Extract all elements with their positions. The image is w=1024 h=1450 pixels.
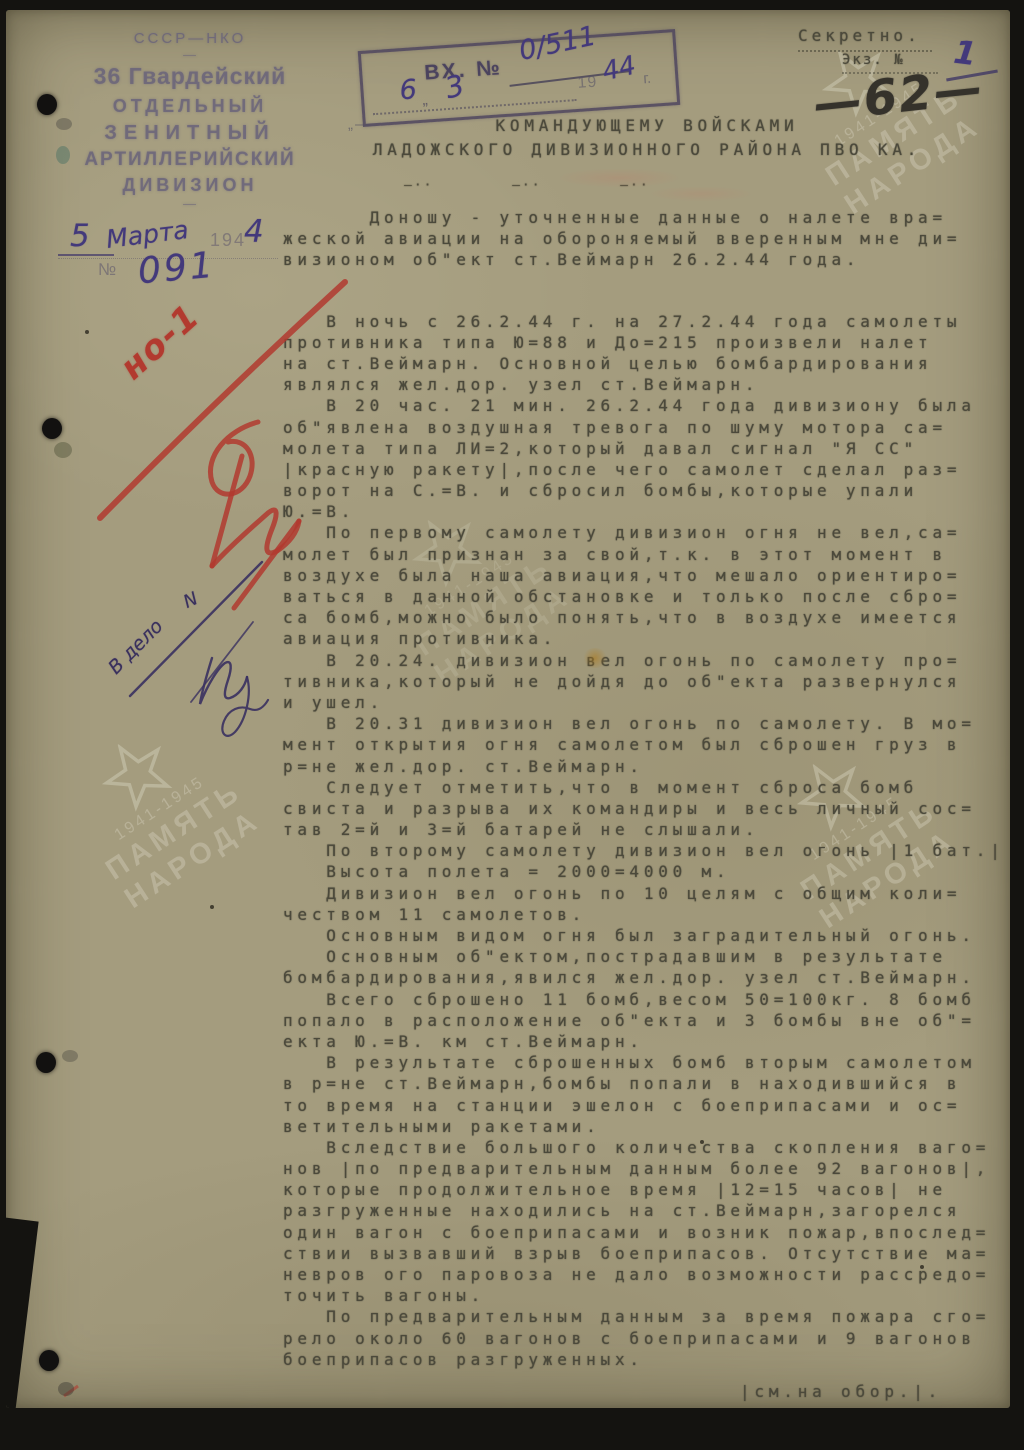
- paper-edge: [6, 1216, 39, 1408]
- typed-line: являлся жел.дор. узел ст.Веймарн.: [283, 374, 1010, 395]
- smudge: [58, 1382, 74, 1396]
- typed-line: В 20 час. 21 мин. 26.2.44 года дивизиону…: [283, 395, 1010, 416]
- typed-line: визионом об"ект ст.Веймарн 26.2.44 года.: [283, 249, 1010, 270]
- typed-line: чеством 11 самолетов.: [283, 904, 1010, 925]
- typed-line: один вагон с боеприпасами и возник пожар…: [283, 1222, 1010, 1243]
- number-sign: №: [98, 260, 116, 280]
- typed-line: В 20.24. дивизион вел огонь по самолету …: [283, 650, 1010, 671]
- quote-mark: „: [422, 91, 429, 109]
- handwritten-day: 6: [399, 74, 418, 106]
- typed-line: Всего сброшено 11 бомб,весом 50=100кг. 8…: [283, 989, 1010, 1010]
- typed-line: Ю.=В.: [283, 501, 1010, 522]
- star-icon: [89, 725, 184, 818]
- punch-hole: [36, 1052, 56, 1073]
- typed-line: то время на станции эшелон с боеприпасам…: [283, 1095, 1010, 1116]
- watermark-word: ПАМЯТЬ: [73, 757, 276, 905]
- typed-line: В 20.31 дивизион вел огонь по самолету. …: [283, 713, 1010, 734]
- typed-line: жеской авиации на обороняемый вверенным …: [283, 228, 1010, 249]
- paper-sheet: 1941-1945 ПАМЯТЬ НАРОДА 1941-1945 ПАМЯТЬ…: [6, 10, 1010, 1408]
- typed-line: на ст.Веймарн. Основной целью бомбардиро…: [283, 353, 1010, 374]
- typed-line: ствии вызвавший взрыв боеприпасов. Отсут…: [283, 1243, 1010, 1264]
- document-header: КОМАНДУЮЩЕМУ ВОЙСКАМИ ЛАДОЖСКОГО ДИВИЗИО…: [283, 114, 1010, 162]
- secrecy-label: Секретно.: [798, 26, 921, 45]
- punch-hole: [39, 1350, 59, 1371]
- typed-line: са бомб,можно было понять,что в воздухе …: [283, 607, 1010, 628]
- typed-line: По первому самолету дивизион огня не вел…: [283, 522, 1010, 543]
- typed-line: которые продолжительное время |12=15 час…: [283, 1179, 1010, 1200]
- typed-line: В результате сброшенных бомб вторым само…: [283, 1052, 1010, 1073]
- typed-line: ворот на С.=В. и сбросил бомбы,которые у…: [283, 480, 1010, 501]
- eraser-mark: [646, 186, 756, 202]
- typed-line: екта Ю.=В. км ст.Веймарн.: [283, 1031, 1010, 1052]
- typed-line: об"явлена воздушная тревога по шуму мото…: [283, 417, 1010, 438]
- punch-hole: [37, 94, 57, 115]
- handwritten-incoming-number: 0/511: [516, 20, 599, 67]
- handwritten-day: 5: [70, 218, 90, 254]
- typed-line: По второму самолету дивизион вел огонь |…: [283, 840, 1010, 861]
- archive-watermark: 1941-1945 ПАМЯТЬ НАРОДА: [26, 685, 294, 934]
- stamped-year: 19: [577, 74, 598, 93]
- typed-line: Основным видом огня был заградительный о…: [283, 925, 1010, 946]
- header-line: КОМАНДУЮЩЕМУ ВОЙСКАМИ: [283, 114, 1010, 138]
- typed-line: Основным об"ектом,пострадавшим в результ…: [283, 946, 1010, 967]
- smudge: [56, 118, 72, 130]
- typed-line: и ушел.: [283, 692, 1010, 713]
- paragraph-gap: [283, 271, 1010, 311]
- handwritten-year-digit: 4: [244, 214, 264, 250]
- filed-note-number: N: [180, 588, 201, 613]
- handwritten-year: 44: [600, 51, 639, 88]
- stamp-dash: —: [56, 47, 324, 59]
- typed-line: тав 2=й и 3=й батарей не слышали.: [283, 819, 1010, 840]
- handwritten-doc-number: 091: [136, 245, 217, 293]
- intro-paragraph: Доношу - уточненные данные о налете вра=…: [283, 207, 1010, 271]
- typed-line: разгруженные находились на ст.Веймарн,за…: [283, 1200, 1010, 1221]
- smudge: [62, 1050, 78, 1062]
- stain: [582, 648, 608, 668]
- speck: [920, 1265, 924, 1269]
- typed-line: попало в расположение об"екта и 3 бомбы …: [283, 1010, 1010, 1031]
- typed-body: Доношу - уточненные данные о налете вра=…: [283, 207, 1010, 1370]
- speck: [210, 905, 214, 909]
- typed-line: Доношу - уточненные данные о налете вра=: [283, 207, 1010, 228]
- typed-line: Высота полета = 2000=4000 м.: [283, 861, 1010, 882]
- typed-line: противника типа Ю=88 и До=215 произвели …: [283, 332, 1010, 353]
- typed-line: боеприпасов разгруженных.: [283, 1349, 1010, 1370]
- typed-line: ветительными ракетами.: [283, 1116, 1010, 1137]
- header-line: ЛАДОЖСКОГО ДИВИЗИОННОГО РАЙОНА ПВО КА.: [283, 138, 1010, 162]
- eraser-mark: [554, 168, 684, 188]
- incoming-stamp-box: ВХ. № 0/511 6 „ 3 19 44 г.: [358, 29, 681, 127]
- copy-label: Экз. №: [842, 52, 905, 68]
- typed-line: точить вагоны.: [283, 1285, 1010, 1306]
- typed-line: По предварительным данным за время пожар…: [283, 1306, 1010, 1327]
- stamp-line: ДИВИЗИОН: [56, 175, 324, 196]
- typed-line: авиация противника.: [283, 628, 1010, 649]
- typed-line: тивника,который не дойдя до об"екта разв…: [283, 671, 1010, 692]
- typed-line: воздухе была наша авиация,что мешало ори…: [283, 565, 1010, 586]
- typed-line: бомбардирования,явился жел.дор. узел ст.…: [283, 967, 1010, 988]
- filed-note: В дело: [104, 615, 167, 678]
- typed-line: в р=не ст.Веймарн,бомбы попали в находив…: [283, 1073, 1010, 1094]
- typed-line: |красную ракету|,после чего самолет сдел…: [283, 459, 1010, 480]
- underline: [58, 254, 114, 256]
- see-overleaf-note: |см.на обор.|.: [740, 1381, 942, 1402]
- speck: [700, 1140, 704, 1144]
- typed-line: р=не жел.дор. ст.Веймарн.: [283, 756, 1010, 777]
- incoming-stamp-label: ВХ. №: [424, 56, 504, 85]
- speck: [85, 330, 89, 334]
- scanned-document-page: 1941-1945 ПАМЯТЬ НАРОДА 1941-1945 ПАМЯТЬ…: [0, 0, 1024, 1450]
- main-paragraphs: В ночь с 26.2.44 г. на 27.2.44 года само…: [283, 311, 1010, 1370]
- punch-hole: [42, 418, 62, 439]
- typed-line: Дивизион вел огонь по 10 целям с общим к…: [283, 883, 1010, 904]
- typed-line: рело около 60 вагонов с боеприпасами и 9…: [283, 1328, 1010, 1349]
- typed-line: ваться в данной обстановке и только посл…: [283, 586, 1010, 607]
- watermark-word: НАРОДА: [91, 785, 294, 933]
- typed-line: молета типа ЛИ=2,который давал сигнал "Я…: [283, 438, 1010, 459]
- typed-line: Вследствие большого количества скопления…: [283, 1137, 1010, 1158]
- red-pencil-note: но-1: [113, 296, 209, 388]
- stamped-year: 194: [210, 230, 246, 251]
- smudge: [54, 442, 72, 458]
- typed-line: мент открытия огня самолетом был сброшен…: [283, 734, 1010, 755]
- typed-line: свиста и разрыва их командиры и весь лич…: [283, 798, 1010, 819]
- ink-blot: [56, 146, 70, 164]
- typed-line: Следует отметить,что в момент сброса бом…: [283, 777, 1010, 798]
- watermark-years: 1941-1945: [63, 742, 257, 877]
- year-suffix: г.: [643, 70, 652, 88]
- typed-line: молет был признан за свой,т.к. в этот мо…: [283, 544, 1010, 565]
- stamp-line: СССР—НКО: [56, 30, 324, 47]
- typed-line: нов |по предварительным данным более 92 …: [283, 1158, 1010, 1179]
- typed-line: В ночь с 26.2.44 г. на 27.2.44 года само…: [283, 311, 1010, 332]
- typed-line: невров ого паровоза не дало возможности …: [283, 1264, 1010, 1285]
- stamp-line: 36 Гвардейский: [56, 63, 324, 90]
